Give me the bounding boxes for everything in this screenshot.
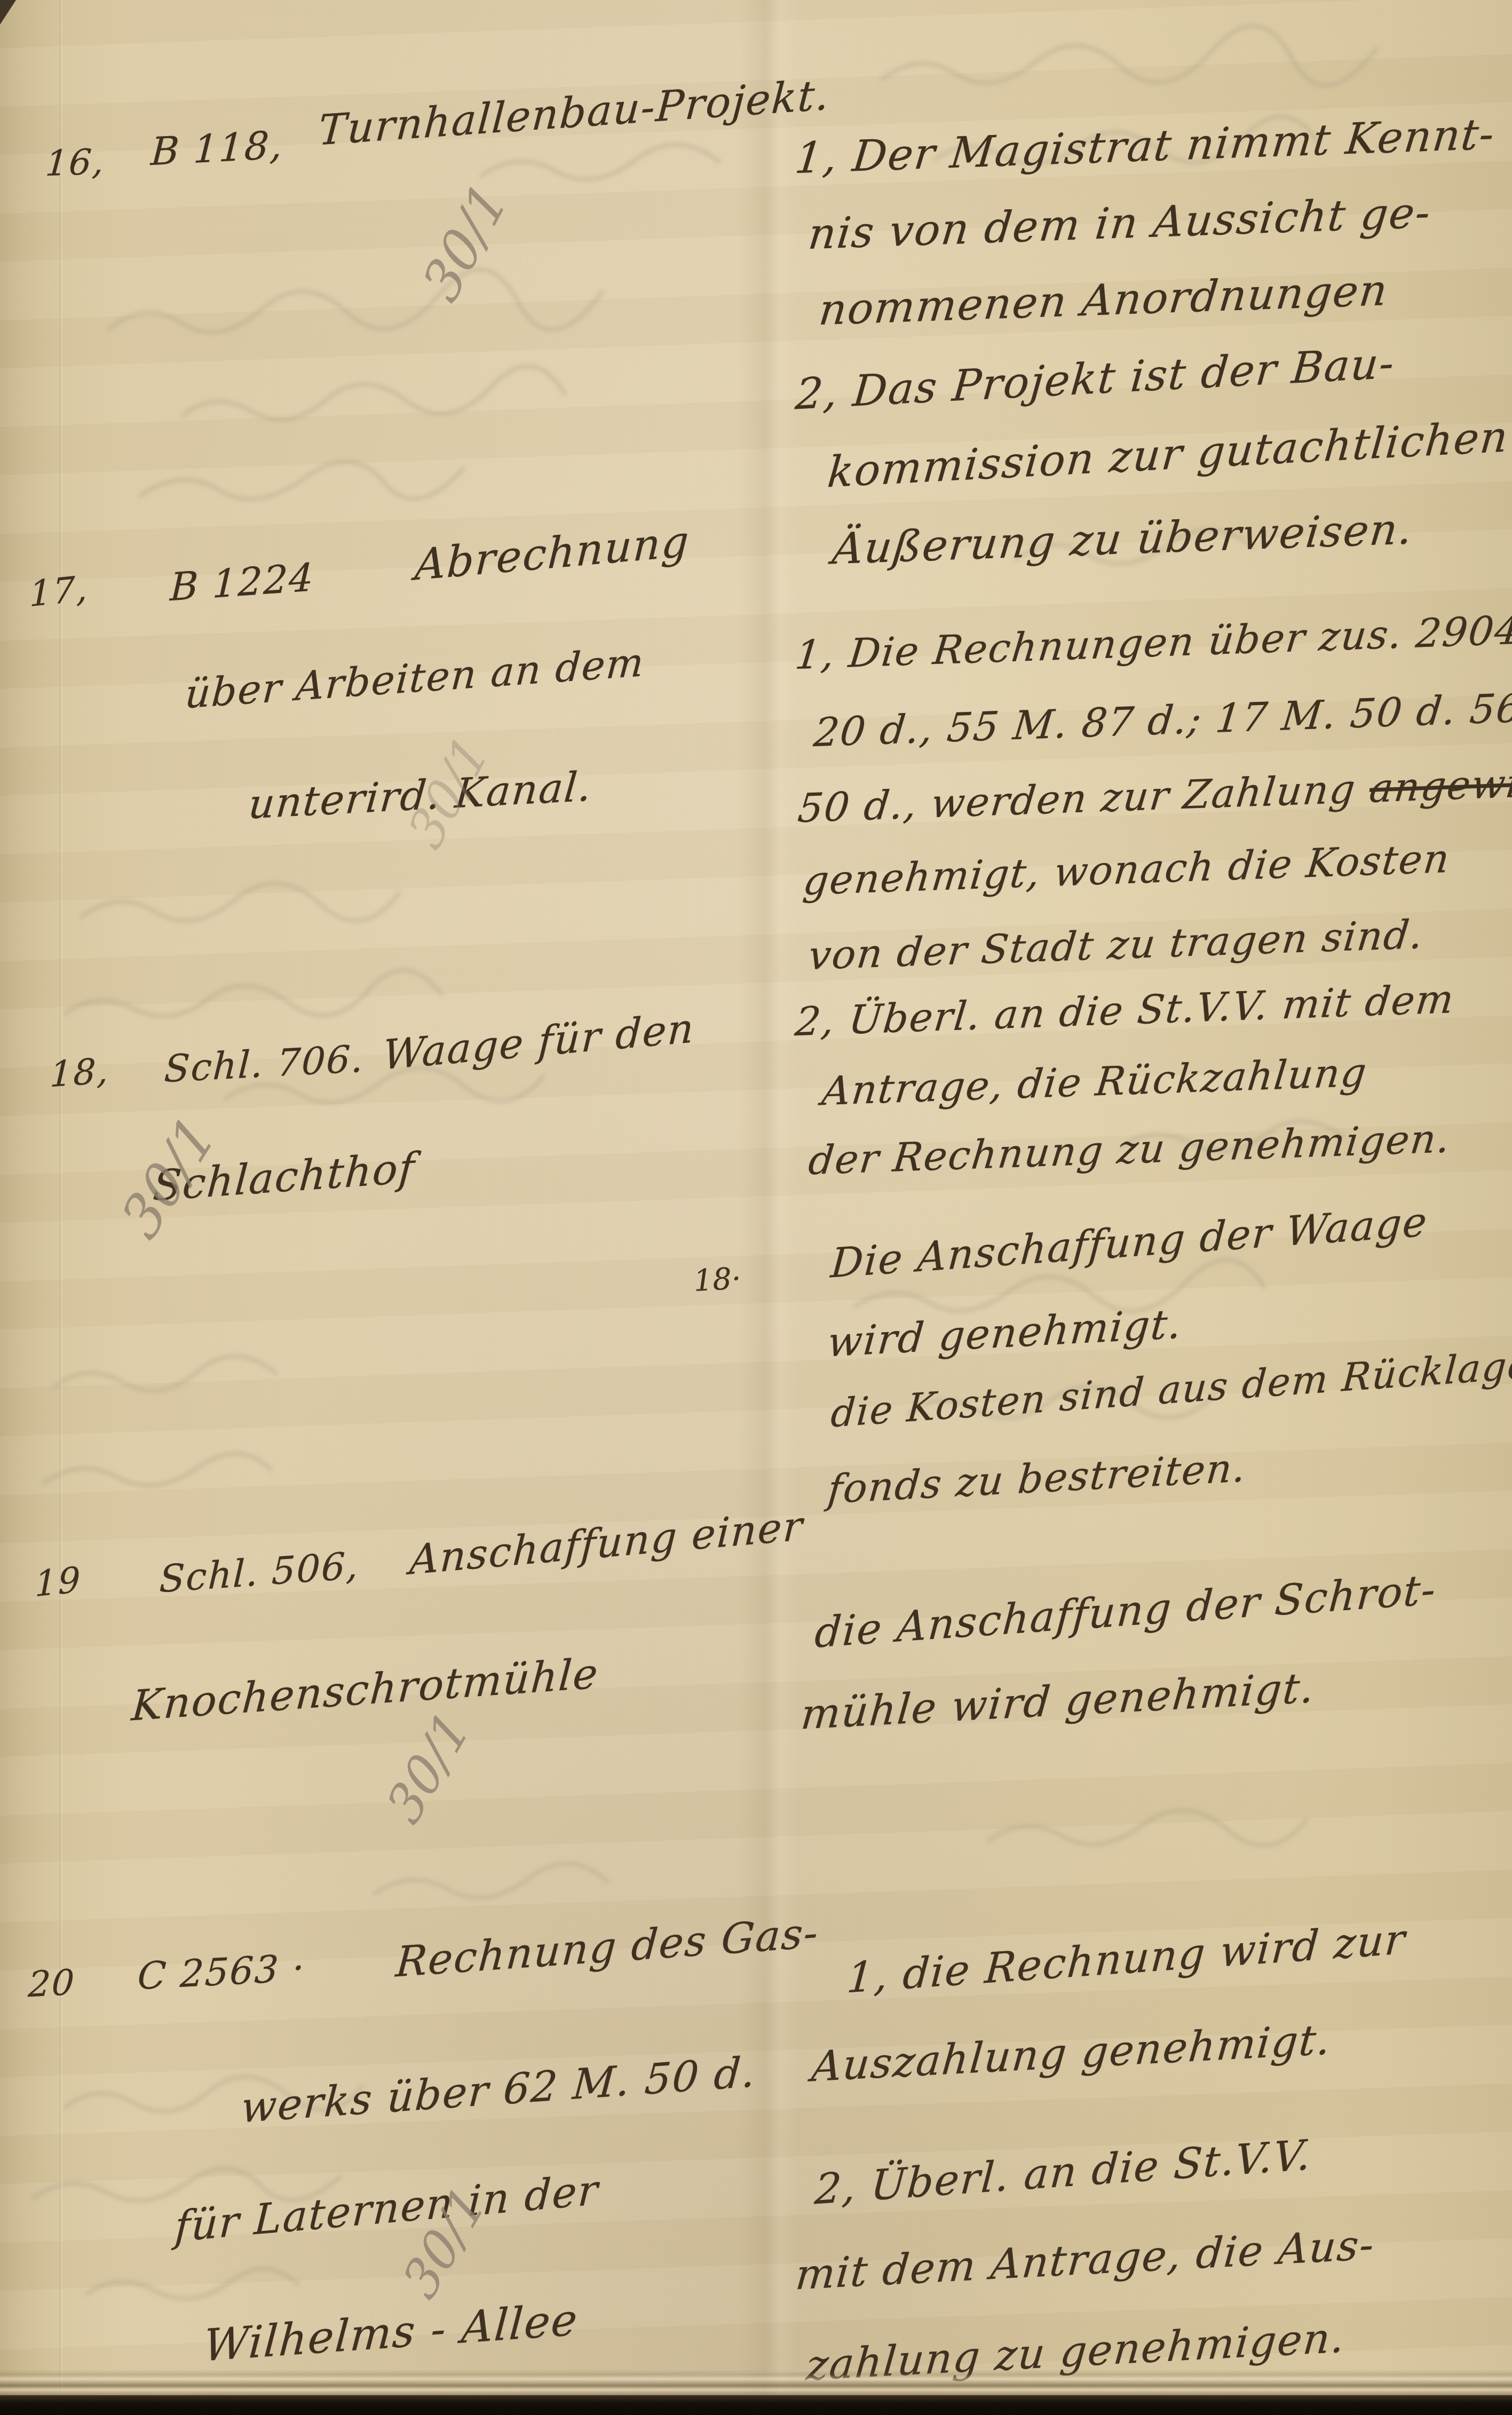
- resolution-19-line: die Anschaffung der Schrot-: [813, 1566, 1438, 1658]
- resolution-16-line: 2, Das Projekt ist der Bau-: [794, 338, 1397, 419]
- entry-16-title: Turnhallenbau-Projekt.: [317, 71, 832, 155]
- resolution-18-line: Die Anschaffung der Waage: [829, 1198, 1429, 1287]
- entry-19-date-pencil: 30/1: [376, 1701, 481, 1834]
- entry-20-ref: C 2563 ·: [137, 1946, 306, 1999]
- resolution-17-line: 20 d., 55 M. 87 d.; 17 M. 50 d. 56 M.: [812, 683, 1512, 756]
- entry-19-number: 19: [35, 1559, 82, 1605]
- resolution-17-line: 2, Überl. an die St.V.V. mit dem: [793, 976, 1457, 1045]
- entry-18-desc-line: Waage für den: [382, 1004, 696, 1079]
- resolution-18-line: wird genehmigt.: [826, 1300, 1184, 1366]
- entry-16-number: 16,: [44, 141, 106, 184]
- resolution-17-line: 50 d., werden zur Zahlungangewiesen: [796, 757, 1512, 832]
- resolution-17-line: 1, Die Rechnungen über zus. 2904 M.: [793, 605, 1512, 678]
- entry-18-ref: Schl. 706.: [163, 1036, 366, 1091]
- entry-17-desc-line: über Arbeiten an dem: [184, 639, 646, 718]
- entry-20-desc-line: Rechnung des Gas-: [394, 1909, 821, 1987]
- page-bottom-edge: [0, 2370, 1512, 2397]
- entry-19-ref: Schl. 506,: [159, 1543, 360, 1602]
- resolution-20-line: 2, Überl. an die St.V.V.: [813, 2131, 1313, 2214]
- resolution-17-line: von der Stadt zu tragen sind.: [806, 912, 1426, 979]
- entry-19-desc-line: Anschaffung einer: [408, 1501, 804, 1583]
- resolution-16-line: kommission zur gutachtlichen: [826, 411, 1511, 497]
- resolution-17-line: Antrage, die Rückzahlung: [820, 1049, 1369, 1114]
- manuscript-page: 16, B 118, Turnhallenbau-Projekt. 30/1 1…: [0, 0, 1512, 2415]
- top-left-page-corner: [0, 0, 16, 25]
- resolution-16-line: nis von dem in Aussicht ge-: [806, 187, 1434, 259]
- resolution-18-line: fonds zu bestreiten.: [826, 1445, 1248, 1513]
- entry-19-desc-line: Knochenschrotmühle: [130, 1650, 600, 1731]
- entry-18-number: 18,: [49, 1050, 109, 1095]
- resolution-17-line-text: 50 d., werden zur Zahlung: [796, 766, 1358, 832]
- entry-20-number: 20: [27, 1961, 76, 2005]
- entry-18-margin-number: 18·: [693, 1261, 742, 1298]
- entry-20-desc-line: Wilhelms - Allee: [202, 2294, 580, 2372]
- resolution-17-line: genehmigt, wonach die Kosten: [801, 836, 1452, 905]
- resolution-16-line: Äußerung zu überweisen.: [830, 504, 1415, 574]
- entry-17-ref: B 1224: [169, 555, 315, 609]
- resolution-20-line: 1, die Rechnung wird zur: [845, 1915, 1407, 2003]
- struck-through-word: angewiesen: [1367, 757, 1512, 812]
- resolution-19-line: mühle wird genehmigt.: [799, 1664, 1317, 1739]
- entry-16-ref: B 118,: [150, 122, 284, 174]
- entry-20-desc-line: werks über 62 M. 50 d.: [240, 2048, 758, 2133]
- entry-16-date-pencil: 30/1: [411, 172, 519, 313]
- entry-17-desc-line: Abrechnung: [414, 516, 691, 590]
- gutter-crease: [60, 0, 63, 2415]
- entry-20-desc-line: für Laternen in der: [173, 2166, 600, 2252]
- resolution-20-line: mit dem Antrage, die Aus-: [794, 2221, 1376, 2299]
- entry-17-number: 17,: [29, 567, 88, 615]
- resolution-17-line: der Rechnung zu genehmigen.: [806, 1115, 1453, 1184]
- book-edge-shadow: [0, 2395, 1512, 2415]
- resolution-20-line: Auszahlung genehmigt.: [810, 2016, 1333, 2092]
- resolution-16-line: 1, Der Magistrat nimmt Kennt-: [793, 109, 1498, 183]
- resolution-16-line: nommenen Anordnungen: [817, 265, 1390, 335]
